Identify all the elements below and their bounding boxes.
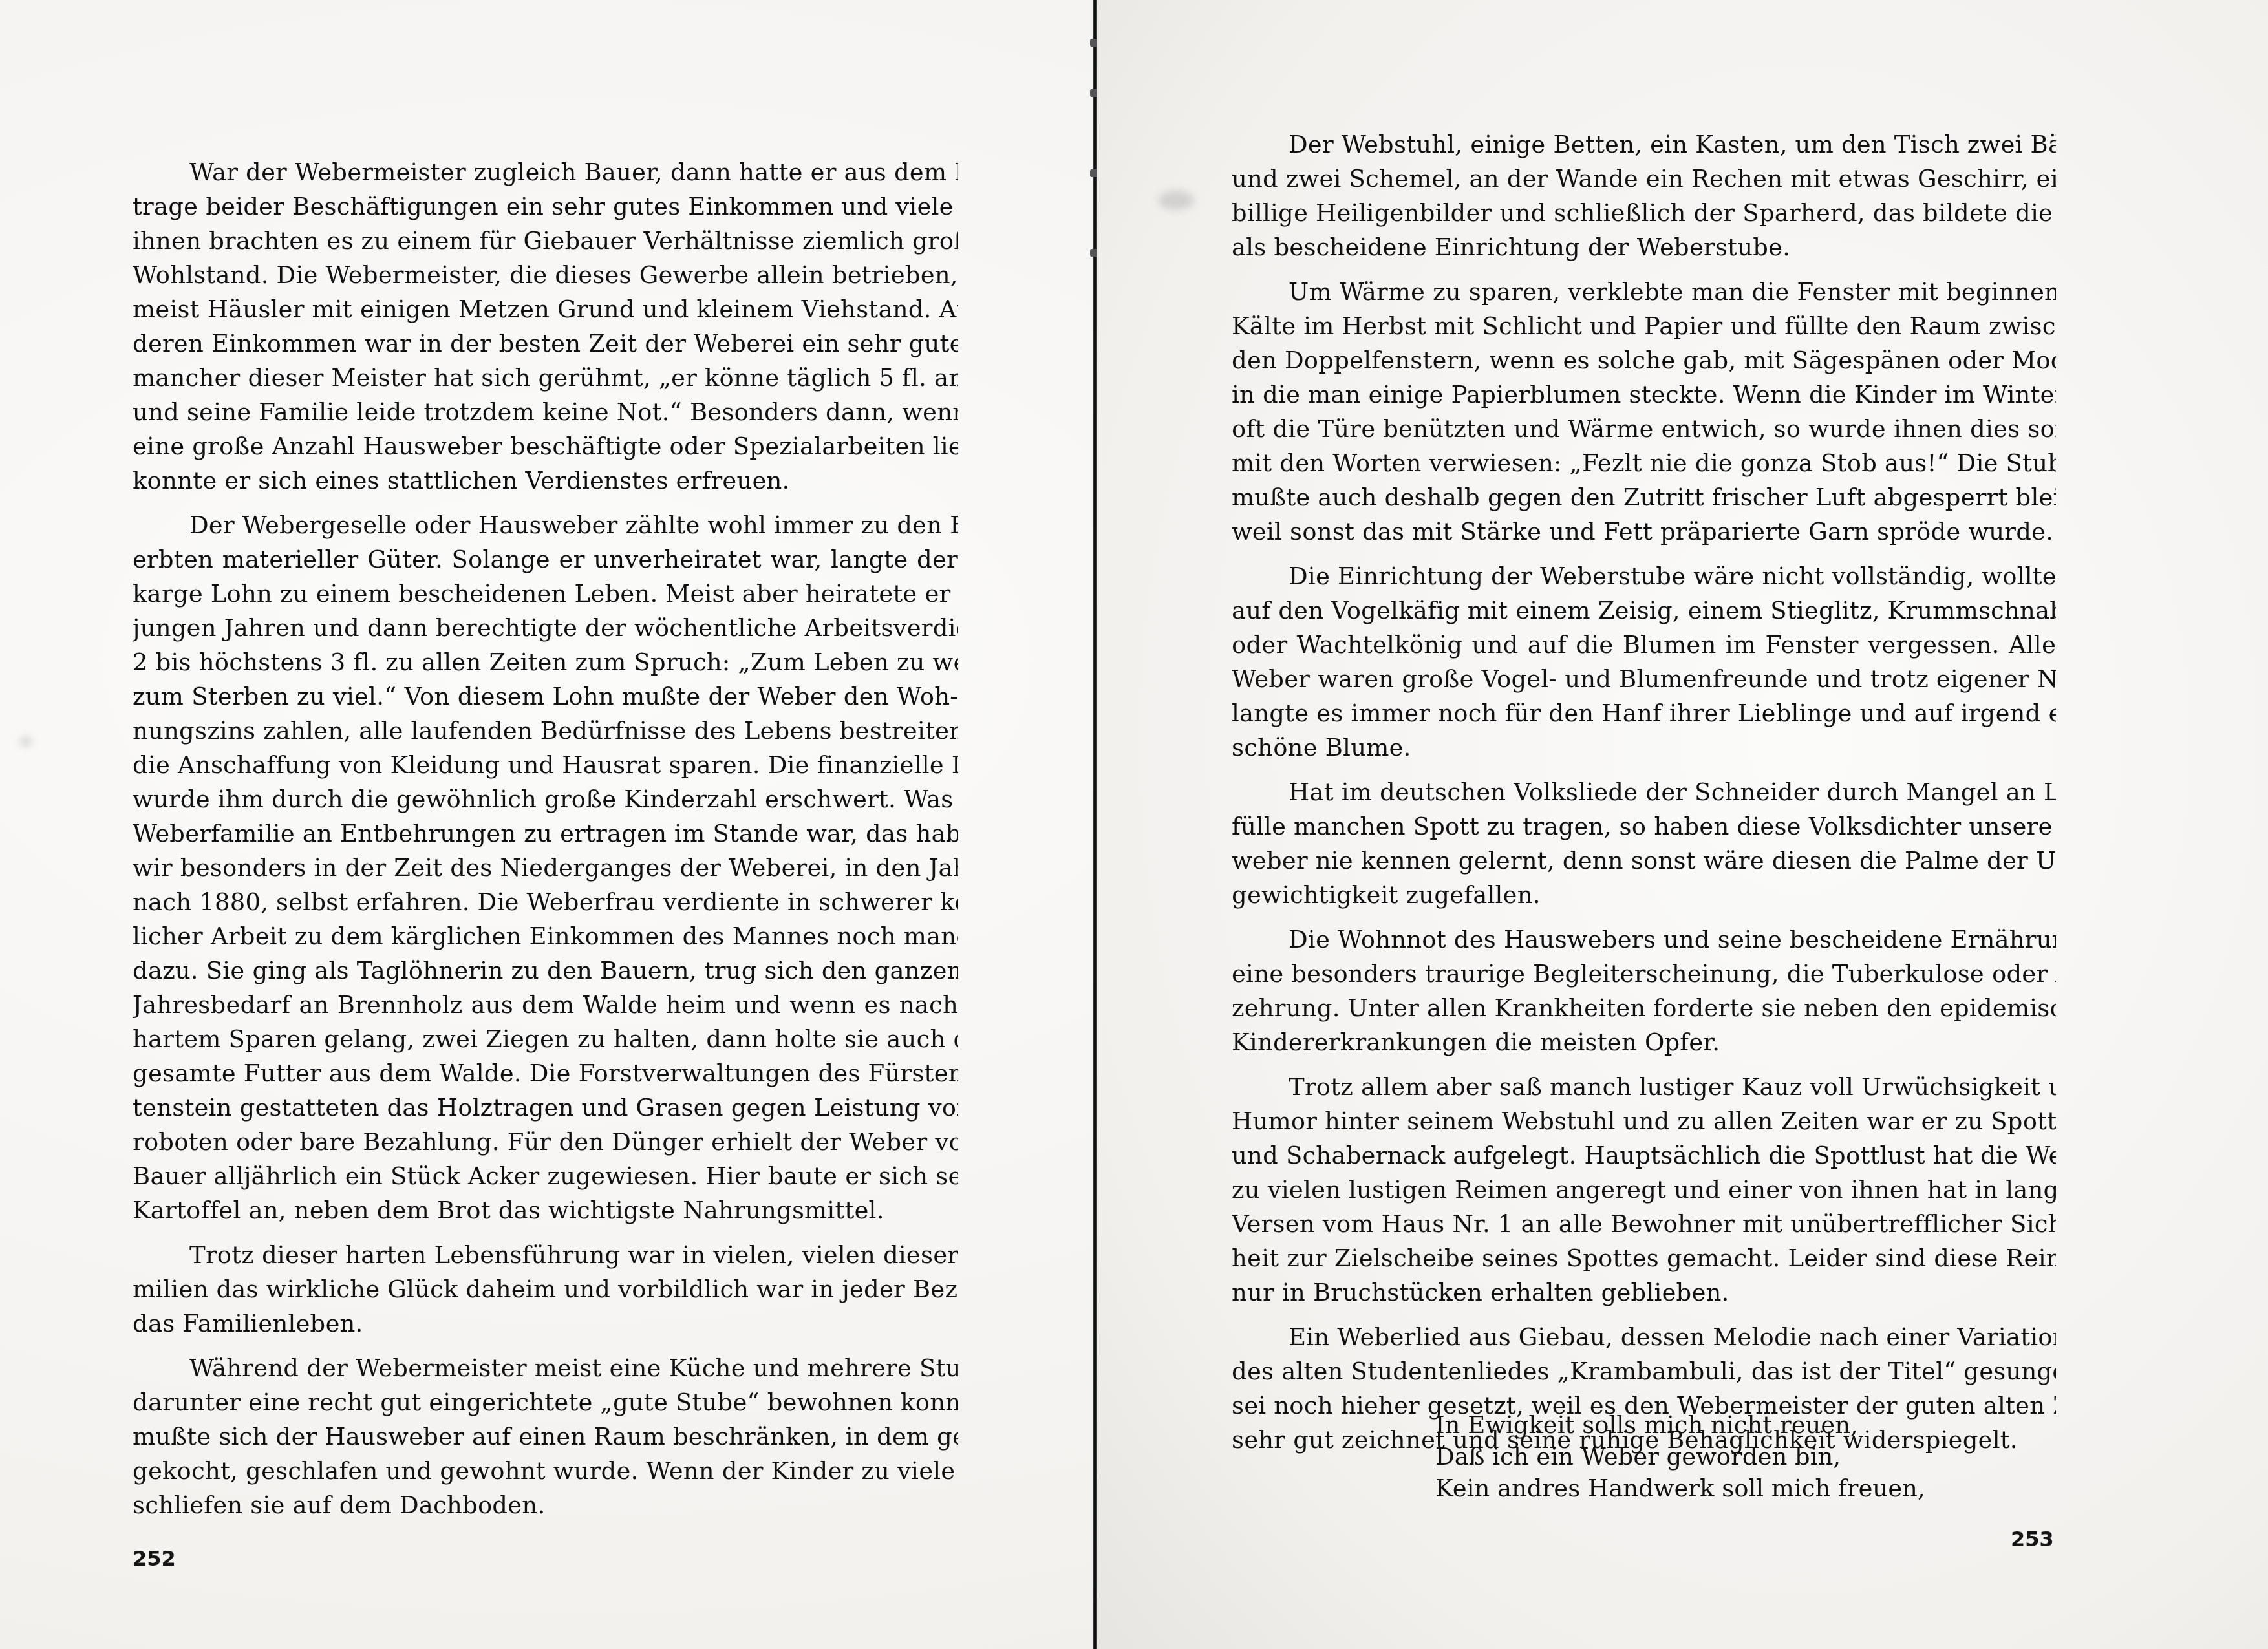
text-line: gewichtigkeit zugefallen. — [1232, 878, 2056, 912]
text-line: licher Arbeit zu dem kärglichen Einkomme… — [133, 919, 958, 953]
text-line: 2 bis höchstens 3 fl. zu allen Zeiten zu… — [133, 645, 958, 679]
text-line: Humor hinter seinem Webstuhl und zu alle… — [1232, 1104, 2056, 1138]
text-line: milien das wirkliche Glück daheim und vo… — [133, 1272, 958, 1306]
text-line: nur in Bruchstücken erhalten geblieben. — [1232, 1275, 2056, 1310]
text-line: Um Wärme zu sparen, verklebte man die Fe… — [1232, 275, 2056, 309]
text-line: den Doppelfenstern, wenn es solche gab, … — [1232, 343, 2056, 378]
page-number: 252 — [133, 1546, 176, 1571]
text-line: billige Heiligenbilder und schließlich d… — [1232, 196, 2056, 230]
book-gutter — [1093, 0, 1097, 1649]
text-line: mußte auch deshalb gegen den Zutritt fri… — [1232, 480, 2056, 515]
text-line: zu vielen lustigen Reimen angeregt und e… — [1232, 1173, 2056, 1207]
text-line: Ein Weberlied aus Giebau, dessen Melodie… — [1232, 1320, 2056, 1354]
text-line: nungszins zahlen, alle laufenden Bedürfn… — [133, 714, 958, 748]
paragraph: Der Webstuhl, einige Betten, ein Kasten,… — [1232, 127, 2056, 264]
text-line: Die Wohnnot des Hauswebers und seine bes… — [1232, 922, 2056, 957]
verse-line: Kein andres Handwerk soll mich freuen, — [1435, 1473, 1925, 1504]
text-line: nach 1880, selbst erfahren. Die Weberfra… — [133, 885, 958, 919]
text-line: zum Sterben zu viel.“ Von diesem Lohn mu… — [133, 679, 958, 714]
text-line: Kartoffel an, neben dem Brot das wichtig… — [133, 1193, 958, 1228]
paragraph: Trotz dieser harten Lebensführung war in… — [133, 1238, 958, 1341]
text-line: jungen Jahren und dann berechtigte der w… — [133, 611, 958, 645]
paragraph: Um Wärme zu sparen, verklebte man die Fe… — [1232, 275, 2056, 549]
text-line: deren Einkommen war in der besten Zeit d… — [133, 326, 958, 361]
text-line: mit den Worten verwiesen: „Fezlt nie die… — [1232, 446, 2056, 480]
text-line: gekocht, geschlafen und gewohnt wurde. W… — [133, 1454, 958, 1488]
text-line: die Anschaffung von Kleidung und Hausrat… — [133, 748, 958, 782]
right-page-text: Der Webstuhl, einige Betten, ein Kasten,… — [1232, 127, 2056, 1467]
text-line: roboten oder bare Bezahlung. Für den Dün… — [133, 1125, 958, 1159]
text-line: in die man einige Papierblumen steckte. … — [1232, 378, 2056, 412]
text-line: mancher dieser Meister hat sich gerühmt,… — [133, 361, 958, 395]
text-line: Trotz allem aber saß manch lustiger Kauz… — [1232, 1070, 2056, 1104]
text-line: Wohlstand. Die Webermeister, die dieses … — [133, 258, 958, 292]
text-line: als bescheidene Einrichtung der Weberstu… — [1232, 230, 2056, 264]
paragraph: Die Wohnnot des Hauswebers und seine bes… — [1232, 922, 2056, 1059]
text-line: Kindererkrankungen die meisten Opfer. — [1232, 1025, 2056, 1059]
text-line: Der Webergeselle oder Hausweber zählte w… — [133, 508, 958, 542]
text-line: mußte sich der Hausweber auf einen Raum … — [133, 1420, 958, 1454]
text-line: erbten materieller Güter. Solange er unv… — [133, 542, 958, 577]
text-line: hartem Sparen gelang, zwei Ziegen zu hal… — [133, 1022, 958, 1056]
verse-line: In Ewigkeit solls mich nicht reuen, — [1435, 1409, 1925, 1441]
text-line: auf den Vogelkäfig mit einem Zeisig, ein… — [1232, 593, 2056, 628]
text-line: und zwei Schemel, an der Wande ein Reche… — [1232, 162, 2056, 196]
text-line: tenstein gestatteten das Holztragen und … — [133, 1090, 958, 1125]
text-line: meist Häusler mit einigen Metzen Grund u… — [133, 292, 958, 326]
text-line: heit zur Zielscheibe seines Spottes gema… — [1232, 1241, 2056, 1275]
text-line: wir besonders in der Zeit des Niedergang… — [133, 851, 958, 885]
text-line: wurde ihm durch die gewöhnlich große Kin… — [133, 782, 958, 816]
paragraph: Die Einrichtung der Weberstube wäre nich… — [1232, 559, 2056, 765]
text-line: eine große Anzahl Hausweber beschäftigte… — [133, 429, 958, 463]
text-line: zehrung. Unter allen Krankheiten fordert… — [1232, 991, 2056, 1025]
text-line: Versen vom Haus Nr. 1 an alle Bewohner m… — [1232, 1207, 2056, 1241]
text-line: weil sonst das mit Stärke und Fett präpa… — [1232, 515, 2056, 549]
paragraph: War der Webermeister zugleich Bauer, dan… — [133, 155, 958, 498]
text-line: konnte er sich eines stattlichen Verdien… — [133, 463, 958, 498]
text-line: War der Webermeister zugleich Bauer, dan… — [133, 155, 958, 189]
text-line: Weberfamilie an Entbehrungen zu ertragen… — [133, 816, 958, 851]
verse-line: Daß ich ein Weber geworden bin, — [1435, 1441, 1925, 1473]
text-line: Bauer alljährlich ein Stück Acker zugewi… — [133, 1159, 958, 1193]
song-verse: In Ewigkeit solls mich nicht reuen, Daß … — [1435, 1409, 1925, 1504]
paragraph: Der Webergeselle oder Hausweber zählte w… — [133, 508, 958, 1228]
text-line: schliefen sie auf dem Dachboden. — [133, 1488, 958, 1522]
scan-speck — [19, 737, 32, 746]
text-line: dazu. Sie ging als Taglöhnerin zu den Ba… — [133, 953, 958, 988]
text-line: und Schabernack aufgelegt. Hauptsächlich… — [1232, 1138, 2056, 1173]
text-line: Weber waren große Vogel- und Blumenfreun… — [1232, 662, 2056, 696]
text-line: Die Einrichtung der Weberstube wäre nich… — [1232, 559, 2056, 593]
text-line: Hat im deutschen Volksliede der Schneide… — [1232, 775, 2056, 809]
page-number: 253 — [2011, 1527, 2054, 1551]
book-spread: War der Webermeister zugleich Bauer, dan… — [0, 0, 2268, 1649]
text-line: gesamte Futter aus dem Walde. Die Forstv… — [133, 1056, 958, 1090]
paragraph: Trotz allem aber saß manch lustiger Kauz… — [1232, 1070, 2056, 1310]
scan-smudge — [1159, 191, 1194, 210]
text-line: und seine Familie leide trotzdem keine N… — [133, 395, 958, 429]
text-line: des alten Studentenliedes „Krambambuli, … — [1232, 1354, 2056, 1388]
text-line: Kälte im Herbst mit Schlicht und Papier … — [1232, 309, 2056, 343]
text-line: ihnen brachten es zu einem für Giebauer … — [133, 224, 958, 258]
text-line: darunter eine recht gut eingerichtete „g… — [133, 1385, 958, 1420]
text-line: Während der Webermeister meist eine Küch… — [133, 1351, 958, 1385]
text-line: trage beider Beschäftigungen ein sehr gu… — [133, 189, 958, 224]
text-line: Trotz dieser harten Lebensführung war in… — [133, 1238, 958, 1272]
text-line: das Familienleben. — [133, 1306, 958, 1341]
text-line: oder Wachtelkönig und auf die Blumen im … — [1232, 628, 2056, 662]
paragraph: Hat im deutschen Volksliede der Schneide… — [1232, 775, 2056, 912]
left-page-text: War der Webermeister zugleich Bauer, dan… — [133, 155, 958, 1533]
text-line: Der Webstuhl, einige Betten, ein Kasten,… — [1232, 127, 2056, 162]
text-line: weber nie kennen gelernt, denn sonst wär… — [1232, 844, 2056, 878]
text-line: eine besonders traurige Begleiterscheinu… — [1232, 957, 2056, 991]
text-line: Jahresbedarf an Brennholz aus dem Walde … — [133, 988, 958, 1022]
text-line: karge Lohn zu einem bescheidenen Leben. … — [133, 577, 958, 611]
text-line: langte es immer noch für den Hanf ihrer … — [1232, 696, 2056, 730]
text-line: oft die Türe benützten und Wärme entwich… — [1232, 412, 2056, 446]
text-line: fülle manchen Spott zu tragen, so haben … — [1232, 809, 2056, 844]
paragraph: Während der Webermeister meist eine Küch… — [133, 1351, 958, 1522]
text-line: schöne Blume. — [1232, 730, 2056, 765]
left-page: War der Webermeister zugleich Bauer, dan… — [0, 0, 1095, 1649]
